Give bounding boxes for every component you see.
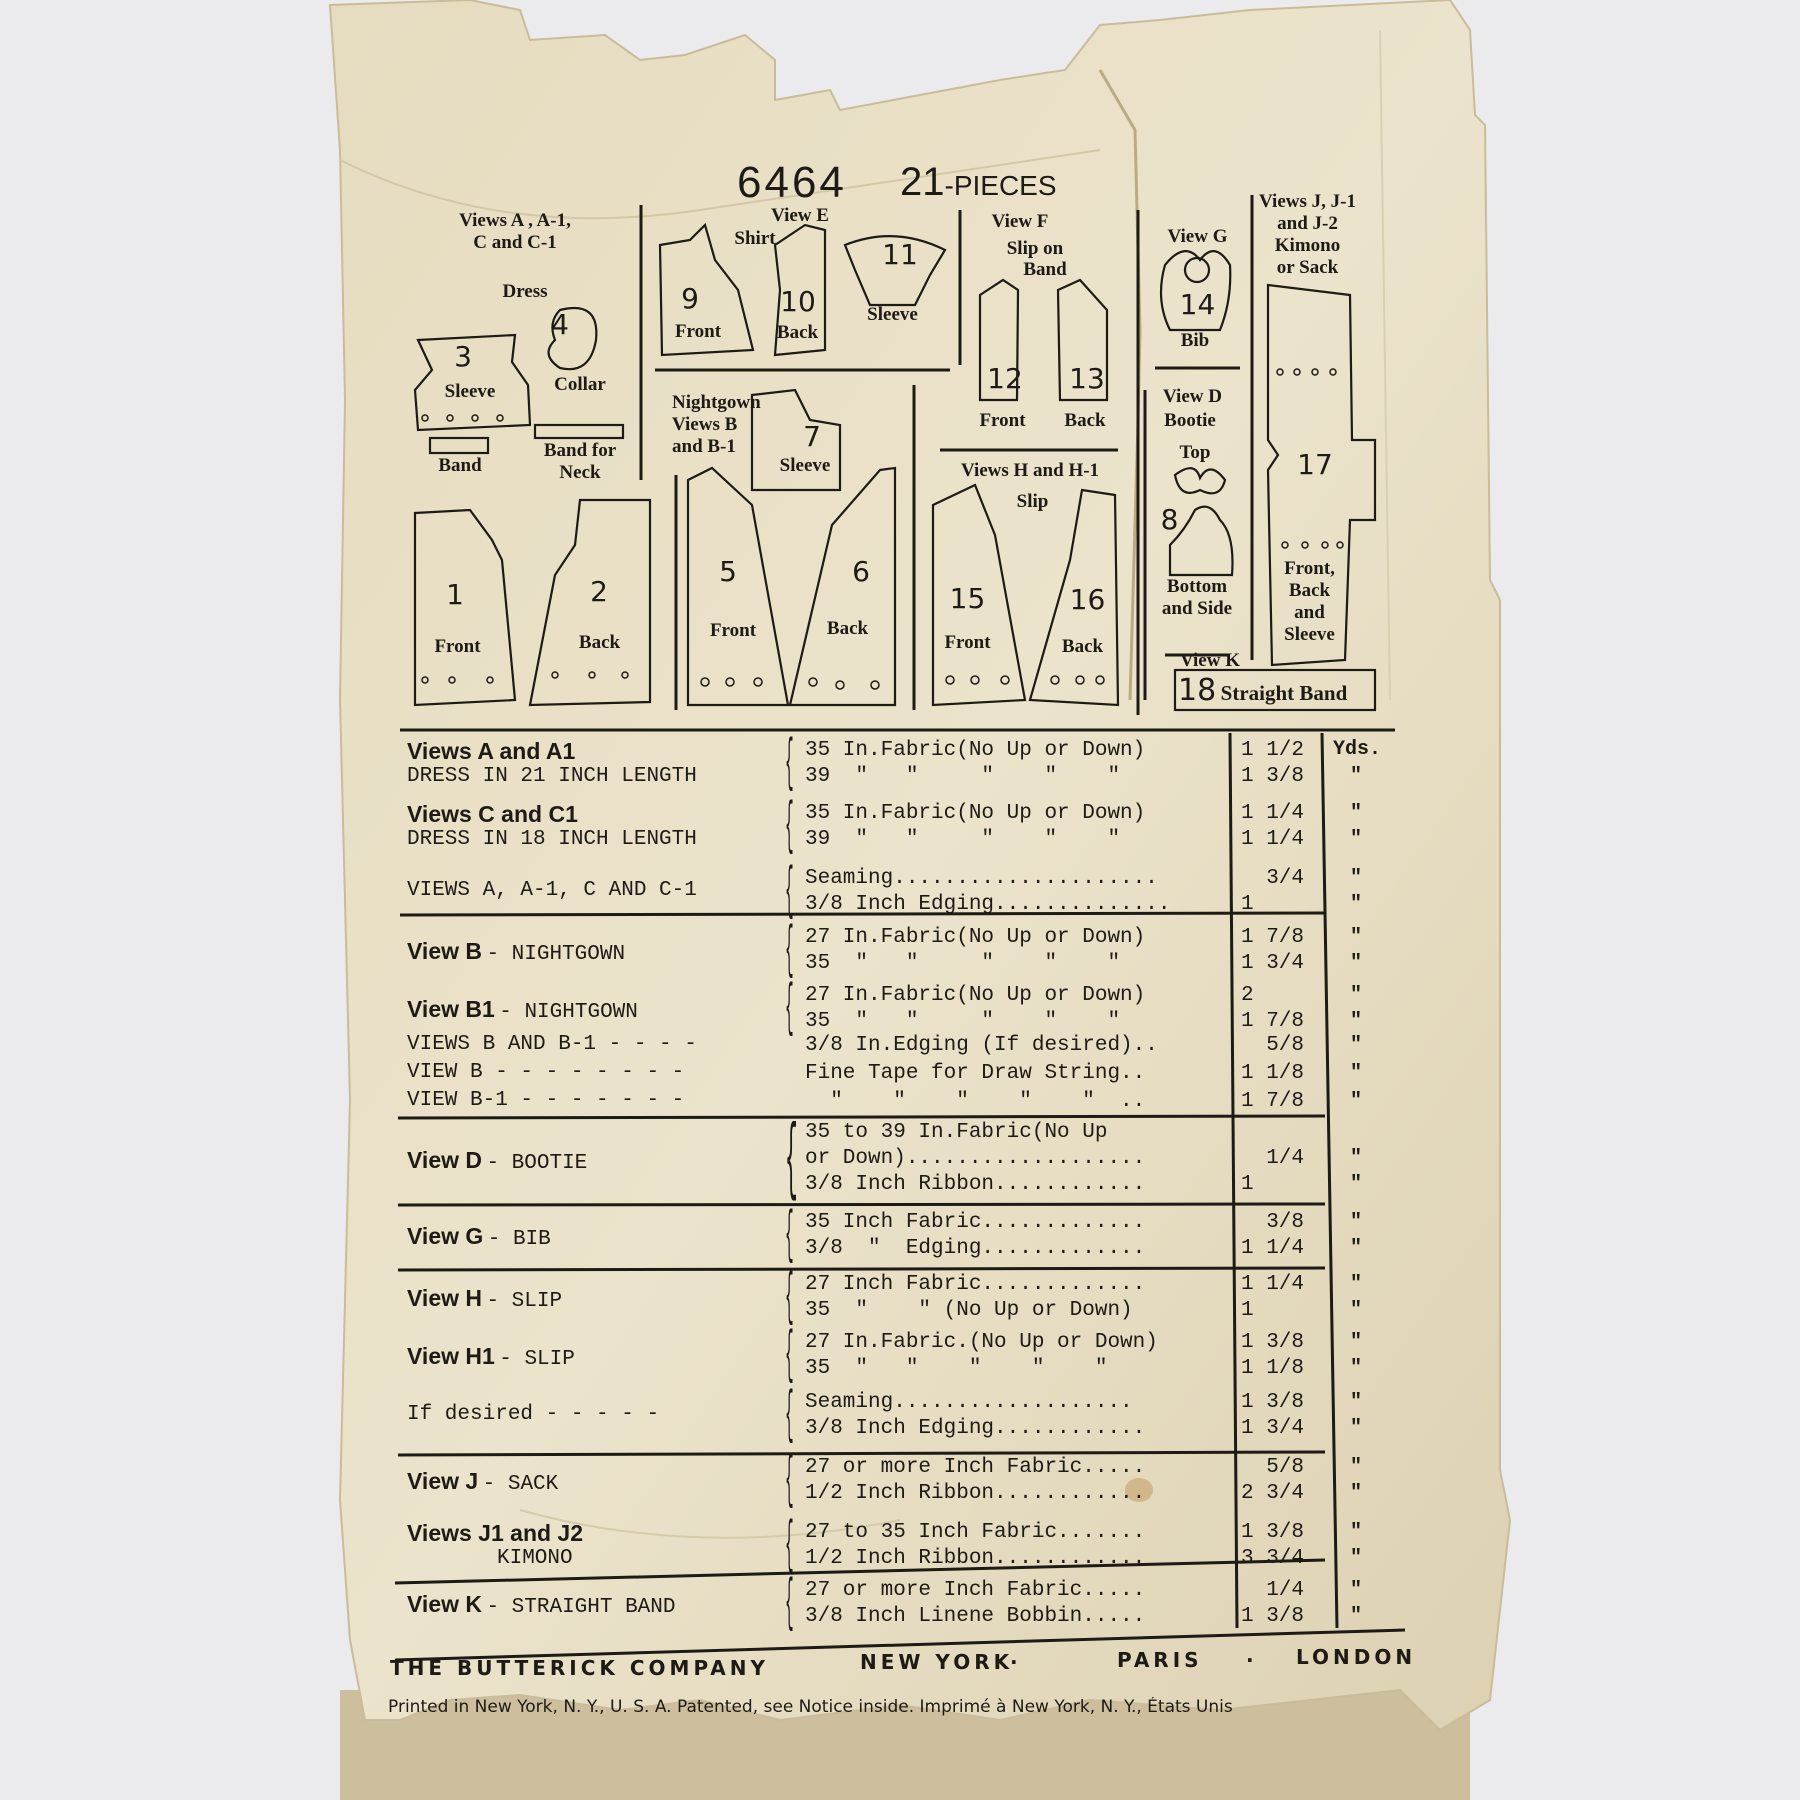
- row-amounts: 1 3/81 1/8: [1241, 1330, 1304, 1382]
- ditto-mark: ": [1350, 925, 1362, 951]
- row-view-label: View D - BOOTIE: [407, 1147, 587, 1175]
- brace: {: [785, 1272, 794, 1326]
- amount-value: 5/8: [1241, 1033, 1304, 1059]
- ditto-mark: ": [1350, 1330, 1362, 1356]
- ditto-mark: ": [1350, 866, 1362, 892]
- row-materials: 27 or more Inch Fabric.....1/2 Inch Ribb…: [805, 1455, 1145, 1507]
- material-line: 27 In.Fabric.(No Up or Down): [805, 1330, 1158, 1356]
- amount-value: 1 7/8: [1241, 1009, 1304, 1035]
- row-description: - SLIP: [486, 1290, 562, 1313]
- table-row: View H1 - SLIP{27 In.Fabric.(No Up or Do…: [345, 1330, 1240, 1384]
- amount-value: 1 3/8: [1241, 764, 1304, 790]
- amount-value: 1 7/8: [1241, 1089, 1304, 1115]
- amount-value: 1/4: [1241, 1146, 1304, 1172]
- brace: {: [785, 1455, 794, 1509]
- row-materials: " " " " " ..: [805, 1089, 1145, 1115]
- table-row: View G - BIB{35 Inch Fabric.............…: [345, 1210, 1240, 1264]
- row-materials: 35 Inch Fabric.............3/8 " Edging.…: [805, 1210, 1145, 1262]
- row-materials: 35 In.Fabric(No Up or Down)39 " " " " ": [805, 801, 1145, 853]
- ditto-mark: ": [1350, 1009, 1362, 1035]
- row-view-name: View G: [407, 1223, 483, 1249]
- brace: {: [785, 925, 794, 979]
- row-amounts: 1/41: [1241, 1120, 1304, 1198]
- company-name: THE BUTTERICK COMPANY: [390, 1656, 769, 1680]
- material-line: 35 " " " " ": [805, 951, 1145, 977]
- row-view-name: Views C and C1: [407, 801, 578, 827]
- ditto-mark: ": [1350, 1210, 1362, 1236]
- row-materials: 3/8 In.Edging (If desired)..: [805, 1033, 1158, 1059]
- row-units: "": [1350, 801, 1362, 853]
- amount-value: 1 3/4: [1241, 1416, 1304, 1442]
- amount-value: 1 3/8: [1241, 1520, 1304, 1546]
- material-line: 1/2 Inch Ribbon............: [805, 1481, 1145, 1507]
- row-units: ": [1350, 1033, 1362, 1059]
- amount-value: 1 1/4: [1241, 801, 1304, 827]
- row-description: - SLIP: [499, 1348, 575, 1371]
- amount-value: 1: [1241, 1172, 1304, 1198]
- brace: {: [785, 983, 794, 1037]
- ditto-mark: ": [1350, 1604, 1362, 1630]
- row-amounts: 3/41: [1241, 866, 1304, 918]
- amount-value: 3/8: [1241, 1210, 1304, 1236]
- row-view-name: Views J1 and J2: [407, 1520, 583, 1546]
- row-units: "": [1350, 1120, 1362, 1198]
- row-description: - STRAIGHT BAND: [486, 1596, 675, 1619]
- material-line: or Down)...................: [805, 1146, 1145, 1172]
- table-row: View D - BOOTIE{35 to 39 In.Fabric(No Up…: [345, 1120, 1240, 1201]
- material-line: 27 In.Fabric(No Up or Down): [805, 925, 1145, 951]
- amount-value: 3 3/4: [1241, 1546, 1304, 1572]
- row-view-name: View H1: [407, 1343, 495, 1369]
- row-materials: Seaming.....................3/8 Inch Edg…: [805, 866, 1170, 918]
- row-description: VIEWS B AND B-1 - - - -: [407, 1033, 697, 1056]
- material-line: 27 or more Inch Fabric.....: [805, 1455, 1145, 1481]
- row-description: KIMONO: [407, 1547, 573, 1570]
- row-description: - BOOTIE: [486, 1152, 587, 1175]
- row-description: - SACK: [483, 1473, 559, 1496]
- row-units: "": [1350, 1520, 1362, 1572]
- ditto-mark: ": [1350, 892, 1362, 918]
- row-description: - NIGHTGOWN: [499, 1001, 638, 1024]
- amount-value: 1 3/8: [1241, 1390, 1304, 1416]
- row-amounts: 1 1/8: [1241, 1061, 1304, 1087]
- row-units: "": [1350, 866, 1362, 918]
- material-line: 3/8 Inch Linene Bobbin.....: [805, 1604, 1145, 1630]
- ditto-mark: ": [1350, 1061, 1362, 1087]
- material-line: 35 " " (No Up or Down): [805, 1298, 1145, 1324]
- amount-value: 1 1/8: [1241, 1356, 1304, 1382]
- material-line: Seaming...................: [805, 1390, 1145, 1416]
- ditto-mark: ": [1350, 983, 1362, 1009]
- material-line: 3/8 Inch Edging..............: [805, 892, 1170, 918]
- row-view-label: Views A and A1DRESS IN 21 INCH LENGTH: [407, 738, 697, 788]
- row-view-label: View H1 - SLIP: [407, 1343, 575, 1371]
- brace: {: [785, 801, 794, 855]
- table-row: VIEW B - - - - - - - -Fine Tape for Draw…: [345, 1061, 1240, 1088]
- material-line: 3/8 " Edging.............: [805, 1236, 1145, 1262]
- material-line: Fine Tape for Draw String..: [805, 1061, 1145, 1087]
- material-line: 35 In.Fabric(No Up or Down): [805, 738, 1145, 764]
- ditto-mark: ": [1350, 1236, 1362, 1262]
- brace: {: [785, 1578, 794, 1632]
- ditto-mark: ": [1350, 1356, 1362, 1382]
- ditto-mark: ": [1350, 1481, 1362, 1507]
- table-row: VIEWS A, A-1, C AND C-1{Seaming.........…: [345, 866, 1240, 920]
- ditto-mark: ": [1350, 1272, 1362, 1298]
- material-line: 35 Inch Fabric.............: [805, 1210, 1145, 1236]
- row-description: VIEW B - - - - - - - -: [407, 1061, 684, 1084]
- brace: {: [785, 1520, 794, 1574]
- material-line: 27 In.Fabric(No Up or Down): [805, 983, 1145, 1009]
- row-units: "": [1350, 1390, 1362, 1442]
- row-units: ": [1350, 738, 1362, 790]
- row-description: DRESS IN 21 INCH LENGTH: [407, 765, 697, 788]
- row-view-label: View G - BIB: [407, 1223, 551, 1251]
- material-line: 39 " " " " ": [805, 764, 1145, 790]
- amount-value: 1 1/4: [1241, 1236, 1304, 1262]
- row-view-label: VIEWS B AND B-1 - - - -: [407, 1033, 697, 1056]
- row-amounts: 1 1/41: [1241, 1272, 1304, 1324]
- row-description: VIEWS A, A-1, C AND C-1: [407, 879, 697, 902]
- row-view-label: If desired - - - - -: [407, 1403, 659, 1426]
- table-row: Views C and C1DRESS IN 18 INCH LENGTH{35…: [345, 801, 1240, 855]
- row-units: "": [1350, 1210, 1362, 1262]
- amount-value: 1/4: [1241, 1578, 1304, 1604]
- row-units: ": [1350, 1061, 1362, 1087]
- material-line: 35 to 39 In.Fabric(No Up: [805, 1120, 1145, 1146]
- row-materials: 35 In.Fabric(No Up or Down)39 " " " " ": [805, 738, 1145, 790]
- ditto-mark: ": [1350, 1416, 1362, 1442]
- brace: {: [785, 866, 794, 920]
- row-view-label: VIEW B-1 - - - - - - -: [407, 1089, 684, 1112]
- row-units: "": [1350, 983, 1362, 1035]
- row-units: "": [1350, 1578, 1362, 1630]
- brace: {: [785, 738, 794, 792]
- amount-value: 1 3/8: [1241, 1330, 1304, 1356]
- row-amounts: 1 7/8: [1241, 1089, 1304, 1115]
- amount-value: 3/4: [1241, 866, 1304, 892]
- table-row: VIEWS B AND B-1 - - - -3/8 In.Edging (If…: [345, 1033, 1240, 1060]
- city-sep-2: ·: [1246, 1648, 1258, 1672]
- row-description: VIEW B-1 - - - - - - -: [407, 1089, 684, 1112]
- ditto-mark: ": [1350, 1390, 1362, 1416]
- table-row: Views J1 and J2KIMONO{27 to 35 Inch Fabr…: [345, 1520, 1240, 1574]
- material-line: " " " " " ..: [805, 1089, 1145, 1115]
- row-amounts: 5/82 3/4: [1241, 1455, 1304, 1507]
- row-view-label: VIEW B - - - - - - - -: [407, 1061, 684, 1084]
- ditto-mark: ": [1350, 951, 1362, 977]
- brace: {: [785, 1330, 794, 1384]
- amount-value: 2 3/4: [1241, 1481, 1304, 1507]
- amount-value: 1 1/2: [1241, 738, 1304, 764]
- row-view-label: VIEWS A, A-1, C AND C-1: [407, 879, 697, 902]
- ditto-mark: ": [1350, 1546, 1362, 1572]
- amount-value: 1 1/4: [1241, 1272, 1304, 1298]
- amount-value: 1 1/8: [1241, 1061, 1304, 1087]
- row-description: - NIGHTGOWN: [486, 943, 625, 966]
- material-line: 27 to 35 Inch Fabric.......: [805, 1520, 1145, 1546]
- row-description: - BIB: [488, 1228, 551, 1251]
- row-view-label: View J - SACK: [407, 1468, 558, 1496]
- row-amounts: 1 3/83 3/4: [1241, 1520, 1304, 1572]
- material-line: 35 In.Fabric(No Up or Down): [805, 801, 1145, 827]
- material-line: 35 " " " " ": [805, 1009, 1145, 1035]
- row-description: DRESS IN 18 INCH LENGTH: [407, 828, 697, 851]
- table-row: View J - SACK{27 or more Inch Fabric....…: [345, 1455, 1240, 1509]
- row-materials: 27 Inch Fabric.............35 " " (No Up…: [805, 1272, 1145, 1324]
- row-view-label: Views C and C1DRESS IN 18 INCH LENGTH: [407, 801, 697, 851]
- table-row: View B1 - NIGHTGOWN{27 In.Fabric(No Up o…: [345, 983, 1240, 1037]
- amount-value: 5/8: [1241, 1455, 1304, 1481]
- row-amounts: 1 1/41 1/4: [1241, 801, 1304, 853]
- row-view-name: View B1: [407, 996, 495, 1022]
- material-line: 3/8 Inch Ribbon............: [805, 1172, 1145, 1198]
- row-view-name: View J: [407, 1468, 478, 1494]
- table-row: If desired - - - - -{Seaming............…: [345, 1390, 1240, 1444]
- row-units: "": [1350, 925, 1362, 977]
- ditto-mark: ": [1350, 1033, 1362, 1059]
- table-row: View H - SLIP{27 Inch Fabric............…: [345, 1272, 1240, 1326]
- row-amounts: 1 1/21 3/8: [1241, 738, 1304, 790]
- ditto-mark: ": [1350, 1172, 1362, 1198]
- row-description: If desired - - - - -: [407, 1403, 659, 1426]
- row-units: "": [1350, 1330, 1362, 1382]
- material-line: 35 " " " " ": [805, 1356, 1158, 1382]
- amount-value: 1 7/8: [1241, 925, 1304, 951]
- row-amounts: 5/8: [1241, 1033, 1304, 1059]
- table-row: View B - NIGHTGOWN{27 In.Fabric(No Up or…: [345, 925, 1240, 979]
- amount-value: 1: [1241, 1298, 1304, 1324]
- row-materials: 27 or more Inch Fabric.....3/8 Inch Line…: [805, 1578, 1145, 1630]
- material-line: 27 Inch Fabric.............: [805, 1272, 1145, 1298]
- row-materials: Seaming...................3/8 Inch Edgin…: [805, 1390, 1145, 1442]
- row-view-name: View D: [407, 1147, 482, 1173]
- material-line: Seaming.....................: [805, 866, 1170, 892]
- row-amounts: 3/81 1/4: [1241, 1210, 1304, 1262]
- amount-value: 1 3/8: [1241, 1604, 1304, 1630]
- ditto-mark: ": [1350, 1298, 1362, 1324]
- row-view-name: View H: [407, 1285, 482, 1311]
- ditto-mark: ": [1350, 1089, 1362, 1115]
- city-paris: PARIS: [1117, 1648, 1203, 1672]
- row-view-label: View B - NIGHTGOWN: [407, 938, 625, 966]
- row-view-label: View B1 - NIGHTGOWN: [407, 996, 638, 1024]
- row-amounts: 1/41 3/8: [1241, 1578, 1304, 1630]
- row-view-name: View B: [407, 938, 482, 964]
- row-view-label: View K - STRAIGHT BAND: [407, 1591, 675, 1619]
- row-units: "": [1350, 1272, 1362, 1324]
- row-view-name: View K: [407, 1591, 482, 1617]
- material-line: 3/8 In.Edging (If desired)..: [805, 1033, 1158, 1059]
- row-materials: Fine Tape for Draw String..: [805, 1061, 1145, 1087]
- amount-value: 1 1/4: [1241, 827, 1304, 853]
- ditto-mark: ": [1350, 1455, 1362, 1481]
- city-london: LONDON: [1296, 1645, 1416, 1669]
- amount-value: 2: [1241, 983, 1304, 1009]
- printed-notice: Printed in New York, N. Y., U. S. A. Pat…: [388, 1697, 1418, 1717]
- table-row: View K - STRAIGHT BAND{27 or more Inch F…: [345, 1578, 1240, 1632]
- ditto-mark: ": [1350, 764, 1362, 790]
- city-sep-1: ·: [1010, 1650, 1022, 1674]
- ditto-mark: ": [1350, 827, 1362, 853]
- material-line: 27 or more Inch Fabric.....: [805, 1578, 1145, 1604]
- row-view-name: Views A and A1: [407, 738, 575, 764]
- ditto-mark: ": [1350, 801, 1362, 827]
- material-line: 3/8 Inch Edging............: [805, 1416, 1145, 1442]
- ditto-mark: ": [1350, 1520, 1362, 1546]
- row-materials: 27 In.Fabric.(No Up or Down)35 " " " " ": [805, 1330, 1158, 1382]
- row-units: ": [1350, 1089, 1362, 1115]
- row-amounts: 21 7/8: [1241, 983, 1304, 1035]
- amount-value: [1241, 1120, 1304, 1146]
- row-units: "": [1350, 1455, 1362, 1507]
- row-amounts: 1 3/81 3/4: [1241, 1390, 1304, 1442]
- brace: {: [785, 1210, 794, 1264]
- city-new-york: NEW YORK: [860, 1650, 1013, 1674]
- row-view-label: View H - SLIP: [407, 1285, 562, 1313]
- row-view-label: Views J1 and J2KIMONO: [407, 1520, 583, 1570]
- amount-value: 1: [1241, 892, 1304, 918]
- brace: {: [785, 1120, 798, 1201]
- brace: {: [785, 1390, 794, 1444]
- material-line: 1/2 Inch Ribbon............: [805, 1546, 1145, 1572]
- amount-value: 1 3/4: [1241, 951, 1304, 977]
- material-line: 39 " " " " ": [805, 827, 1145, 853]
- row-materials: 35 to 39 In.Fabric(No Upor Down)........…: [805, 1120, 1145, 1198]
- row-amounts: 1 7/81 3/4: [1241, 925, 1304, 977]
- row-materials: 27 In.Fabric(No Up or Down)35 " " " " ": [805, 925, 1145, 977]
- table-row: Views A and A1DRESS IN 21 INCH LENGTH{35…: [345, 738, 1240, 792]
- ditto-mark: ": [1350, 1578, 1362, 1604]
- row-materials: 27 In.Fabric(No Up or Down)35 " " " " ": [805, 983, 1145, 1035]
- row-materials: 27 to 35 Inch Fabric.......1/2 Inch Ribb…: [805, 1520, 1145, 1572]
- ditto-mark: ": [1350, 1146, 1362, 1172]
